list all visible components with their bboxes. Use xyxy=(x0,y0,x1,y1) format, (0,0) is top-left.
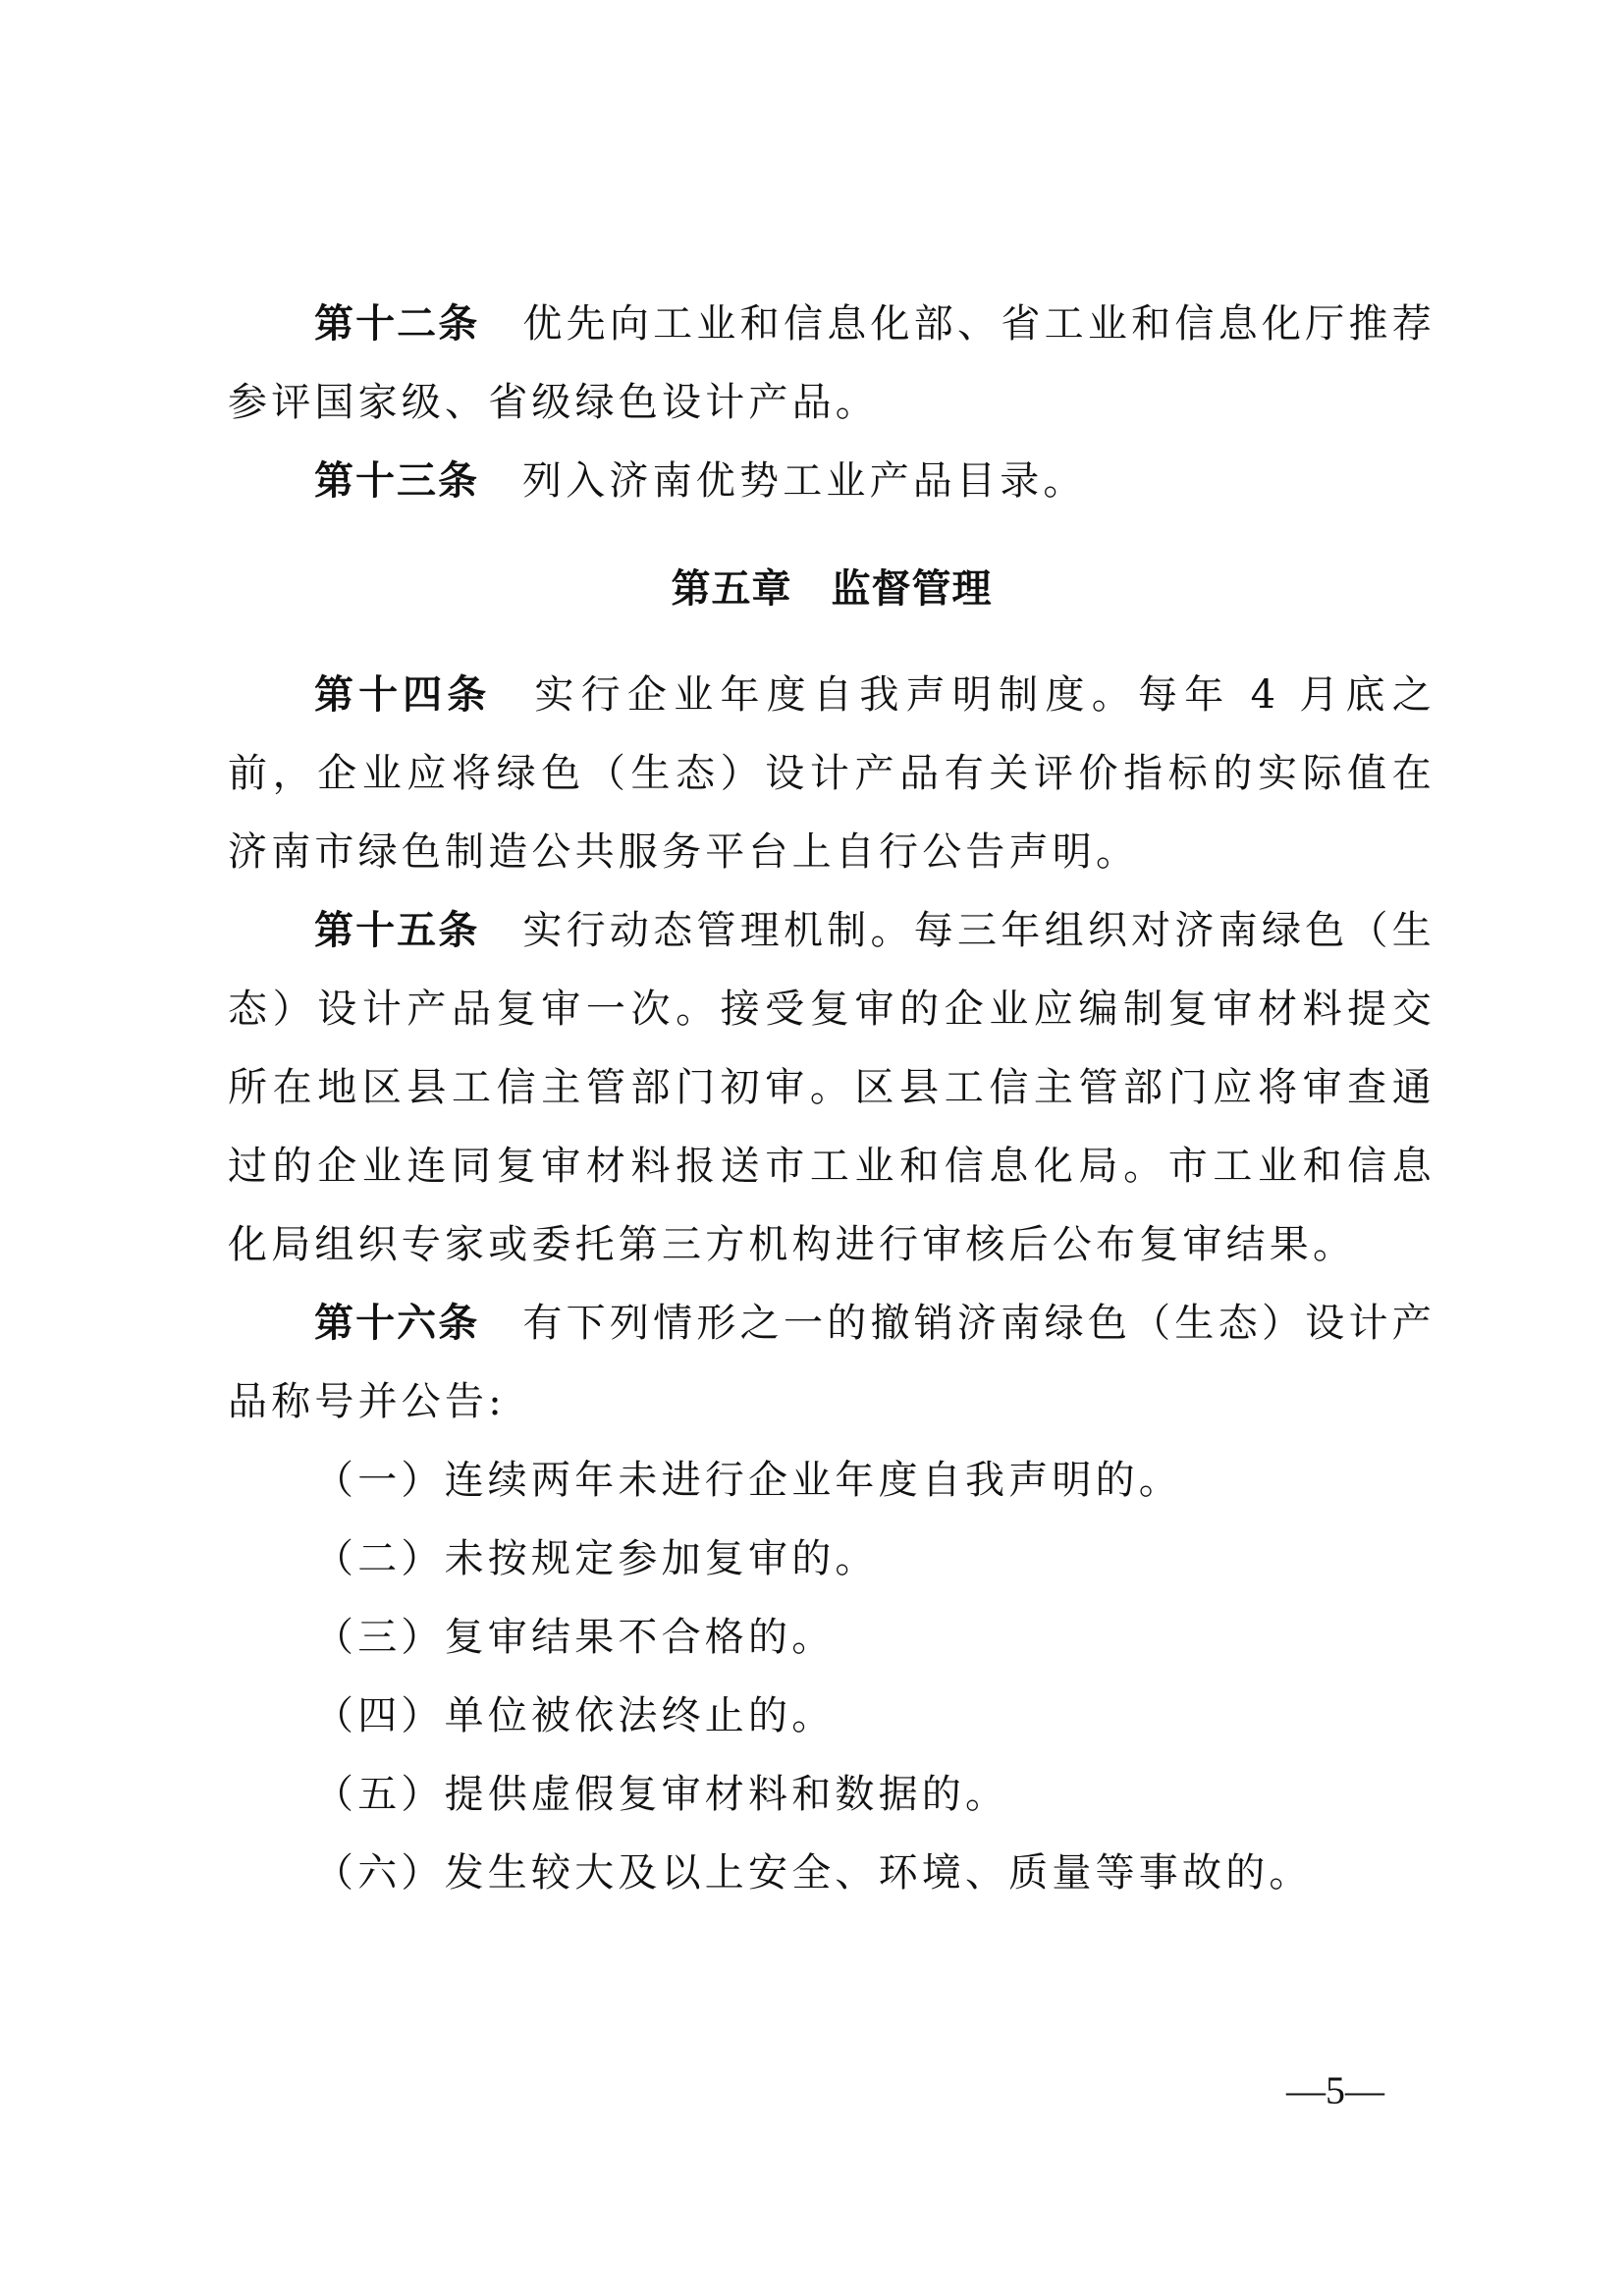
chapter-title: 监督管理 xyxy=(832,566,993,612)
page-number: —5— xyxy=(1286,2071,1384,2110)
article-label: 第十二条 xyxy=(314,301,479,347)
article-15: 第十五条实行动态管理机制。每三年组织对济南绿色（生态）设计产品复审一次。接受复审… xyxy=(228,891,1435,1284)
revocation-item-2: （二）未按规定参加复审的。 xyxy=(228,1520,1435,1598)
revocation-item-6: （六）发生较大及以上安全、环境、质量等事故的。 xyxy=(228,1834,1435,1912)
revocation-item-4: （四）单位被依法终止的。 xyxy=(228,1677,1435,1755)
chapter-heading: 第五章监督管理 xyxy=(228,550,1435,628)
article-label: 第十三条 xyxy=(314,458,479,504)
article-label: 第十六条 xyxy=(314,1301,479,1346)
article-12: 第十二条优先向工业和信息化部、省工业和信息化厅推荐参评国家级、省级绿色设计产品。 xyxy=(228,285,1435,442)
article-text: 实行动态管理机制。每三年组织对济南绿色（生态）设计产品复审一次。接受复审的企业应… xyxy=(228,908,1435,1267)
document-page: 第十二条优先向工业和信息化部、省工业和信息化厅推荐参评国家级、省级绿色设计产品。… xyxy=(228,285,1435,1912)
chapter-number: 第五章 xyxy=(672,566,792,612)
revocation-item-1: （一）连续两年未进行企业年度自我声明的。 xyxy=(228,1441,1435,1520)
article-text: 列入济南优势工业产品目录。 xyxy=(522,458,1087,504)
revocation-item-3: （三）复审结果不合格的。 xyxy=(228,1598,1435,1677)
article-label: 第十四条 xyxy=(314,672,491,718)
revocation-item-5: （五）提供虚假复审材料和数据的。 xyxy=(228,1755,1435,1834)
article-14: 第十四条实行企业年度自我声明制度。每年 4 月底之前，企业应将绿色（生态）设计产… xyxy=(228,656,1435,891)
article-16: 第十六条有下列情形之一的撤销济南绿色（生态）设计产品称号并公告: xyxy=(228,1284,1435,1441)
article-label: 第十五条 xyxy=(314,908,479,953)
article-13: 第十三条列入济南优势工业产品目录。 xyxy=(228,442,1435,520)
